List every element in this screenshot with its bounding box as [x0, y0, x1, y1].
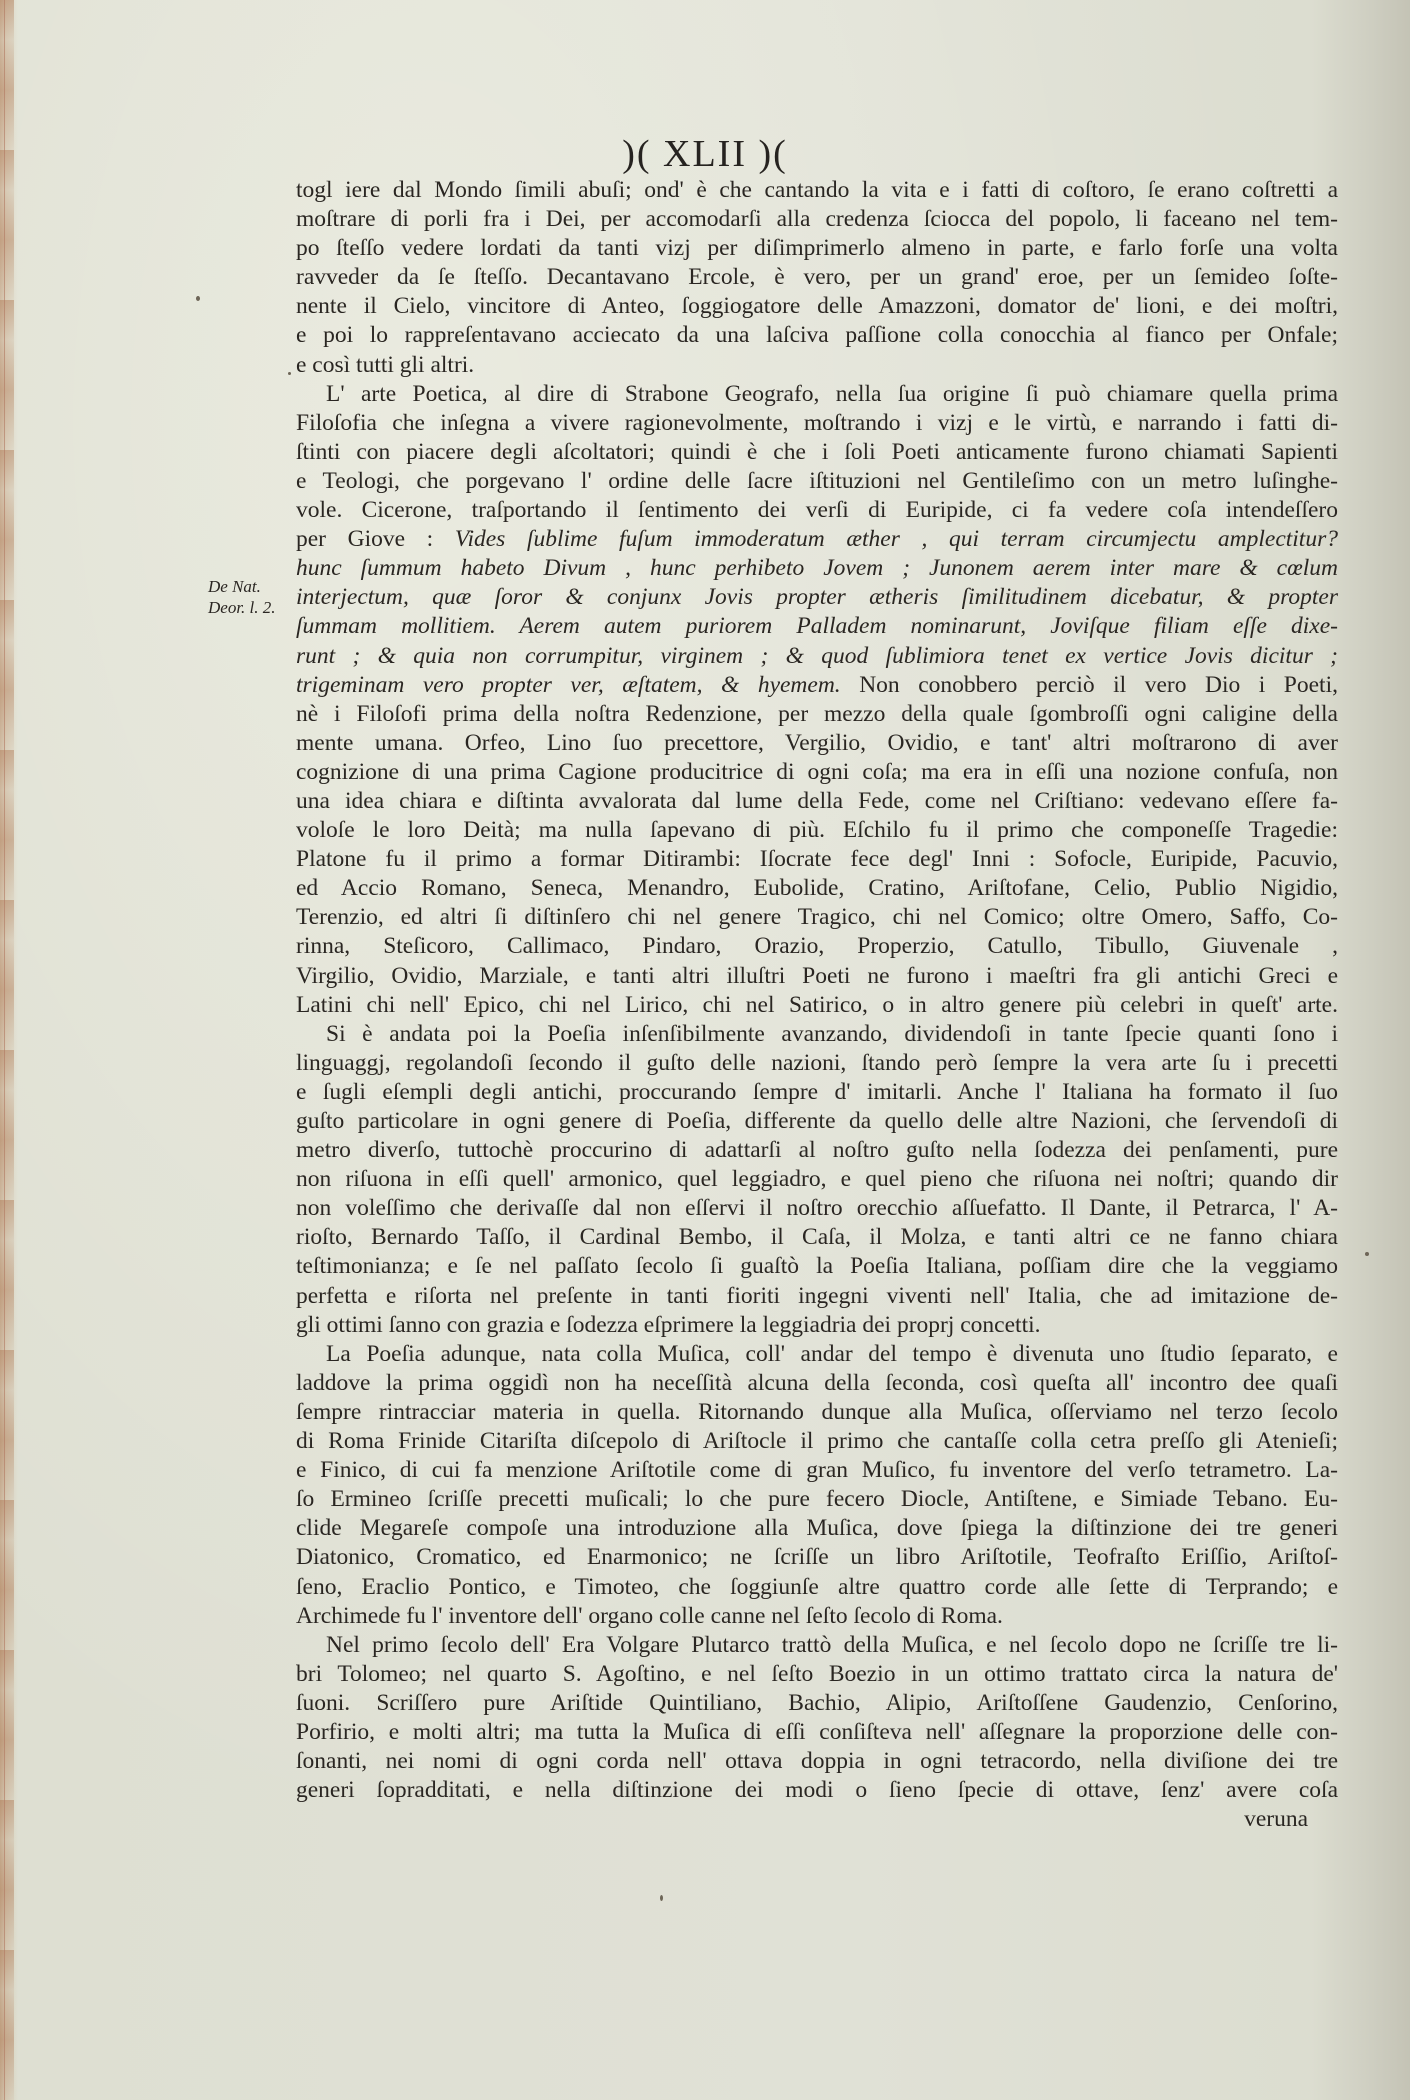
line-text: voloſe le loro Deità; ma nulla ſapevano … [296, 817, 1338, 843]
text-line: Porfirio, e molti altri; ma tutta la Muſ… [296, 1718, 1338, 1747]
line-text: e ſugli eſempli degli antichi, proccuran… [296, 1079, 1338, 1105]
paper-speck [196, 296, 200, 301]
text-line: ſeno, Eraclio Pontico, e Timoteo, che ſo… [296, 1573, 1338, 1602]
text-line: linguaggj, regolandoſi ſecondo il guſto … [296, 1049, 1338, 1078]
line-text: nè i Filoſofi prima della noſtra Redenzi… [296, 701, 1338, 727]
line-text: L' arte Poetica, al dire di Strabone Geo… [326, 381, 1338, 407]
latin-quotation: Vides ſublime fuſum immoderatum æther , … [455, 526, 1338, 552]
text-line: mente umana. Orfeo, Lino ſuo precettore,… [296, 729, 1338, 758]
text-line: e Finico, di cui fa menzione Ariſtotile … [296, 1456, 1338, 1485]
text-line: ſummam mollitiem. Aerem autem puriorem P… [296, 612, 1338, 641]
text-line: runt ; & quia non corrumpitur, virginem … [296, 642, 1338, 671]
line-text: La Poeſia adunque, nata colla Muſica, co… [326, 1341, 1338, 1367]
text-line: generi ſopradditati, e nella diſtinzione… [296, 1776, 1338, 1805]
latin-quotation: interjectum, quæ ſoror & conjunx Jovis p… [296, 584, 1338, 610]
line-text: ravveder da ſe ſteſſo. Decantavano Ercol… [296, 264, 1338, 290]
line-text: Platone fu il primo a formar Ditirambi: … [296, 846, 1338, 872]
text-line: ed Accio Romano, Seneca, Menandro, Eubol… [296, 874, 1338, 903]
line-text: nente il Cielo, vincitore di Anteo, ſogg… [296, 293, 1338, 319]
text-line: togl iere dal Mondo ſimili abuſi; ond' è… [296, 176, 1338, 205]
line-text: di Roma Frinide Citariſta diſcepolo di A… [296, 1428, 1338, 1454]
line-text: Filoſofia che inſegna a vivere ragionevo… [296, 410, 1338, 436]
line-text: ſeno, Eraclio Pontico, e Timoteo, che ſo… [296, 1574, 1338, 1600]
latin-quotation: runt ; & quia non corrumpitur, virginem … [296, 643, 1338, 669]
text-line: Si è andata poi la Poeſia inſenſibilment… [296, 1020, 1338, 1049]
text-line: Platone fu il primo a formar Ditirambi: … [296, 845, 1338, 874]
text-line: teſtimonianza; e ſe nel paſſato ſecolo ſ… [296, 1252, 1338, 1281]
line-text: gli ottimi ſanno con grazia e ſodezza eſ… [296, 1312, 1041, 1338]
page-number: )( XLII )( [0, 132, 1410, 176]
text-line: perfetta e riſorta nel preſente in tanti… [296, 1282, 1338, 1311]
paper-speck [1365, 1252, 1369, 1256]
latin-quotation: hunc ſummum habeto Divum , hunc perhibet… [296, 555, 1338, 581]
line-text: guſto particolare in ogni genere di Poeſ… [296, 1108, 1338, 1134]
line-text: laddove la prima oggidì non ha neceſſità… [296, 1370, 1338, 1396]
text-line: clide Megareſe compoſe una introduzione … [296, 1514, 1338, 1543]
line-text: per Giove : [296, 526, 455, 552]
line-text: e così tutti gli altri. [296, 352, 474, 378]
text-line: guſto particolare in ogni genere di Poeſ… [296, 1107, 1338, 1136]
text-line: Archimede fu l' inventore dell' organo c… [296, 1602, 1338, 1631]
text-line: e Teologi, che porgevano l' ordine delle… [296, 467, 1338, 496]
line-text: e poi lo rappreſentavano acciecato da un… [296, 322, 1338, 348]
latin-quotation: ſummam mollitiem. Aerem autem puriorem P… [296, 613, 1338, 639]
line-text: Porfirio, e molti altri; ma tutta la Muſ… [296, 1719, 1338, 1745]
text-line: di Roma Frinide Citariſta diſcepolo di A… [296, 1427, 1338, 1456]
line-text: rinna, Steſicoro, Callimaco, Pindaro, Or… [296, 933, 1338, 959]
text-line: Terenzio, ed altri ſi diſtinſero chi nel… [296, 903, 1338, 932]
text-line: e poi lo rappreſentavano acciecato da un… [296, 321, 1338, 350]
margin-note-line-2: Deor. l. 2. [208, 597, 276, 618]
text-line: nè i Filoſofi prima della noſtra Redenzi… [296, 700, 1338, 729]
text-line: trigeminam vero propter ver, æſtatem, & … [296, 671, 1338, 700]
line-text: non riſuona in eſſi quell' armonico, que… [296, 1166, 1338, 1192]
line-text: perfetta e riſorta nel preſente in tanti… [296, 1283, 1338, 1309]
line-text: linguaggj, regolandoſi ſecondo il guſto … [296, 1050, 1338, 1076]
line-text: ſo Ermineo ſcriſſe precetti muſicali; lo… [296, 1486, 1338, 1512]
line-text: ed Accio Romano, Seneca, Menandro, Eubol… [296, 875, 1338, 901]
line-text: generi ſopradditati, e nella diſtinzione… [296, 1777, 1338, 1803]
line-text: una idea chiara e diſtinta avvalorata da… [296, 788, 1338, 814]
text-line: Latini chi nell' Epico, chi nel Lirico, … [296, 991, 1338, 1020]
line-text: bri Tolomeo; nel quarto S. Agoſtino, e n… [296, 1661, 1338, 1687]
line-text: Si è andata poi la Poeſia inſenſibilment… [326, 1021, 1338, 1047]
text-line: ravveder da ſe ſteſſo. Decantavano Ercol… [296, 263, 1338, 292]
line-text: ſonanti, nei nomi di ogni corda nell' ot… [296, 1748, 1338, 1774]
book-page: )( XLII )( De Nat. Deor. l. 2. togl iere… [0, 0, 1410, 2100]
text-line: nente il Cielo, vincitore di Anteo, ſogg… [296, 292, 1338, 321]
text-line: moſtrare di porli fra i Dei, per accomod… [296, 205, 1338, 234]
margin-note-line-1: De Nat. [208, 576, 276, 597]
line-text: moſtrare di porli fra i Dei, per accomod… [296, 206, 1338, 232]
line-text: ſempre rintracciar materia in quella. Ri… [296, 1399, 1338, 1425]
margin-note-reference: De Nat. Deor. l. 2. [208, 576, 276, 618]
text-line: interjectum, quæ ſoror & conjunx Jovis p… [296, 583, 1338, 612]
text-line: L' arte Poetica, al dire di Strabone Geo… [296, 380, 1338, 409]
paper-speck [288, 372, 291, 375]
text-line: una idea chiara e diſtinta avvalorata da… [296, 787, 1338, 816]
paper-speck [660, 1895, 663, 1901]
text-line: Virgilio, Ovidio, Marziale, e tanti altr… [296, 962, 1338, 991]
catchword: veruna [296, 1805, 1338, 1834]
line-text: clide Megareſe compoſe una introduzione … [296, 1515, 1338, 1541]
line-text: mente umana. Orfeo, Lino ſuo precettore,… [296, 730, 1338, 756]
line-text-continued: Non conobbero perciò il vero Dio i Poeti… [841, 672, 1338, 698]
text-line: per Giove : Vides ſublime fuſum immodera… [296, 525, 1338, 554]
text-line: voloſe le loro Deità; ma nulla ſapevano … [296, 816, 1338, 845]
text-line: ſempre rintracciar materia in quella. Ri… [296, 1398, 1338, 1427]
line-text: teſtimonianza; e ſe nel paſſato ſecolo ſ… [296, 1253, 1338, 1279]
text-line: metro diverſo, tuttochè proccurino di ad… [296, 1136, 1338, 1165]
text-line: ſo Ermineo ſcriſſe precetti muſicali; lo… [296, 1485, 1338, 1514]
line-text: togl iere dal Mondo ſimili abuſi; ond' è… [296, 177, 1338, 203]
text-line: ſuoni. Scriſſero pure Ariſtide Quintilia… [296, 1689, 1338, 1718]
line-text: po ſteſſo vedere lordati da tanti vizj p… [296, 235, 1338, 261]
text-line: non riſuona in eſſi quell' armonico, que… [296, 1165, 1338, 1194]
line-text: Diatonico, Cromatico, ed Enarmonico; ne … [296, 1544, 1338, 1570]
line-text: ſuoni. Scriſſero pure Ariſtide Quintilia… [296, 1690, 1338, 1716]
text-line: cognizione di una prima Cagione producit… [296, 758, 1338, 787]
line-text: Nel primo ſecolo dell' Era Volgare Pluta… [326, 1632, 1338, 1658]
page-edge-stain [0, 0, 14, 2100]
line-text: Terenzio, ed altri ſi diſtinſero chi nel… [296, 904, 1338, 930]
text-line: po ſteſſo vedere lordati da tanti vizj p… [296, 234, 1338, 263]
text-line: vole. Cicerone, traſportando il ſentimen… [296, 496, 1338, 525]
line-text: ſtinti con piacere degli aſcoltatori; qu… [296, 439, 1338, 465]
body-text: togl iere dal Mondo ſimili abuſi; ond' è… [296, 176, 1338, 1834]
text-line: laddove la prima oggidì non ha neceſſità… [296, 1369, 1338, 1398]
line-text: cognizione di una prima Cagione producit… [296, 759, 1338, 785]
text-line: gli ottimi ſanno con grazia e ſodezza eſ… [296, 1311, 1338, 1340]
line-text: metro diverſo, tuttochè proccurino di ad… [296, 1137, 1338, 1163]
text-line: Diatonico, Cromatico, ed Enarmonico; ne … [296, 1543, 1338, 1572]
text-line: e ſugli eſempli degli antichi, proccuran… [296, 1078, 1338, 1107]
line-text: vole. Cicerone, traſportando il ſentimen… [296, 497, 1338, 523]
text-line: Filoſofia che inſegna a vivere ragionevo… [296, 409, 1338, 438]
text-line: e così tutti gli altri. [296, 351, 1338, 380]
text-line: bri Tolomeo; nel quarto S. Agoſtino, e n… [296, 1660, 1338, 1689]
line-text: Virgilio, Ovidio, Marziale, e tanti altr… [296, 963, 1338, 989]
line-text: Latini chi nell' Epico, chi nel Lirico, … [296, 992, 1338, 1018]
text-line: ſtinti con piacere degli aſcoltatori; qu… [296, 438, 1338, 467]
text-line: non voleſſimo che derivaſſe dal non eſſe… [296, 1194, 1338, 1223]
text-line: hunc ſummum habeto Divum , hunc perhibet… [296, 554, 1338, 583]
page-edge-line [4, 0, 5, 2100]
line-text: non voleſſimo che derivaſſe dal non eſſe… [296, 1195, 1338, 1221]
text-line: Nel primo ſecolo dell' Era Volgare Pluta… [296, 1631, 1338, 1660]
line-text: e Finico, di cui fa menzione Ariſtotile … [296, 1457, 1338, 1483]
text-line: ſonanti, nei nomi di ogni corda nell' ot… [296, 1747, 1338, 1776]
text-line: rioſto, Bernardo Taſſo, il Cardinal Bemb… [296, 1223, 1338, 1252]
text-line: La Poeſia adunque, nata colla Muſica, co… [296, 1340, 1338, 1369]
line-text: e Teologi, che porgevano l' ordine delle… [296, 468, 1338, 494]
line-text: Archimede fu l' inventore dell' organo c… [296, 1603, 1003, 1629]
line-text: rioſto, Bernardo Taſſo, il Cardinal Bemb… [296, 1224, 1338, 1250]
latin-quotation: trigeminam vero propter ver, æſtatem, & … [296, 672, 841, 698]
text-line: rinna, Steſicoro, Callimaco, Pindaro, Or… [296, 932, 1338, 961]
